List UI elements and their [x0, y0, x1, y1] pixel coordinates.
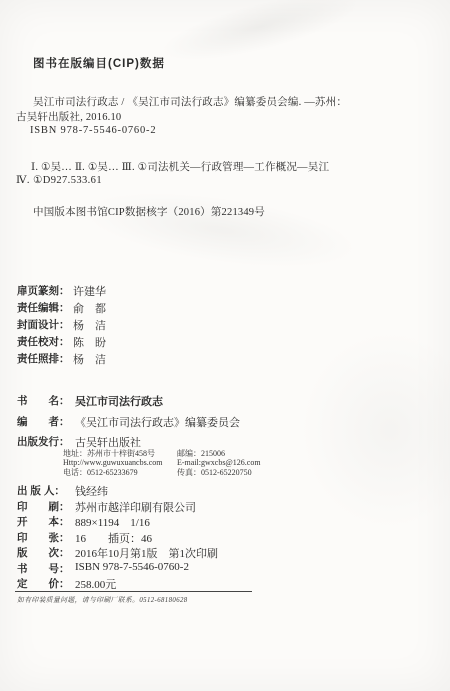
publisher-phone-row: 电话：0512-65233679 传真：0512-65220750 [63, 467, 437, 477]
publisher-details: 地址：苏州市十梓街458号 邮编：215006 Http://www.guwux… [63, 448, 437, 477]
book-copyright-page: 图书在版编目(CIP)数据 吴江市司法行政志 / 《吴江市司法行政志》编纂委员会… [0, 0, 450, 691]
colophon-value: 2016年10月第1版 第1次印刷 [75, 545, 218, 561]
scan-artifact [67, 174, 374, 285]
cip-header: 图书在版编目(CIP)数据 [33, 55, 165, 71]
colophon-value: 苏州市越洋印刷有限公司 [75, 499, 196, 515]
colophon-row-sheets: 印 张： 16 插页：46 [17, 530, 437, 546]
cip-classification-code: Ⅳ. ①D927.533.61 [16, 174, 102, 186]
credit-row: 责任校对： 陈 盼 [17, 334, 106, 351]
credit-value: 许建华 [73, 283, 106, 299]
colophon-row-isbn: 书 号： ISBN 978-7-5546-0760-2 [17, 561, 437, 577]
credit-value: 杨 洁 [73, 317, 106, 333]
colophon-label: 版 次： [17, 545, 75, 560]
colophon-value: 16 插页：46 [75, 530, 152, 546]
publisher-web-row: Http://www.guwuxuancbs.com E-mail:gwxcbs… [63, 458, 437, 468]
cip-title-line: 吴江市司法行政志 / 《吴江市司法行政志》编纂委员会编. —苏州： [33, 94, 347, 109]
credit-row: 责任照排： 杨 洁 [17, 351, 106, 368]
colophon-row-edition: 版 次： 2016年10月第1版 第1次印刷 [17, 545, 437, 561]
publisher-address-row: 地址：苏州市十梓街458号 邮编：215006 [63, 448, 437, 458]
colophon-label: 书 名： [17, 393, 75, 408]
publisher-phone: 电话：0512-65233679 [63, 467, 177, 477]
colophon-row-format: 开 本： 889×1194 1/16 [17, 514, 437, 530]
publisher-website: Http://www.guwuxuancbs.com [63, 458, 177, 468]
cip-classification-line: Ⅰ. ①吴… Ⅱ. ①吴… Ⅲ. ①司法机关—行政管理—工作概况—吴江 [31, 159, 329, 174]
credit-label: 责任照排： [17, 351, 73, 366]
credit-value: 俞 都 [73, 300, 106, 316]
colophon-block: 书 名： 吴江市司法行政志 编 者： 《吴江市司法行政志》编纂委员会 出版发行：… [17, 393, 437, 592]
colophon-row-editor: 编 者： 《吴江市司法行政志》编纂委员会 [17, 414, 437, 435]
colophon-label: 定 价： [17, 576, 75, 591]
credit-label: 扉页篆刻： [17, 283, 73, 298]
cip-record-number: 中国版本图书馆CIP数据核字（2016）第221349号 [33, 204, 265, 219]
colophon-row-printer: 印 刷： 苏州市越洋印刷有限公司 [17, 499, 437, 515]
credit-row: 责任编辑： 俞 都 [17, 300, 106, 317]
cip-isbn-line: ISBN 978-7-5546-0760-2 [30, 125, 156, 136]
publisher-address: 地址：苏州市十梓街458号 [63, 448, 177, 458]
colophon-row-price: 定 价： 258.00元 [17, 576, 437, 592]
colophon-value: 钱经纬 [75, 483, 108, 499]
credit-label: 责任编辑： [17, 300, 73, 315]
colophon-label: 印 刷： [17, 499, 75, 514]
credits-block: 扉页篆刻： 许建华 责任编辑： 俞 都 封面设计： 杨 洁 责任校对： 陈 盼 … [17, 283, 106, 368]
credit-row: 封面设计： 杨 洁 [17, 317, 106, 334]
colophon-label: 编 者： [17, 414, 75, 429]
colophon-row-publisher: 出版发行： 古吴轩出版社 [17, 434, 437, 448]
colophon-label: 印 张： [17, 530, 75, 545]
colophon-label: 开 本： [17, 514, 75, 529]
colophon-row-publisher-person: 出 版 人： 钱经纬 [17, 483, 437, 499]
scan-artifact [147, 0, 373, 78]
publisher-postcode: 邮编：215006 [177, 448, 225, 458]
colophon-row-book-title: 书 名： 吴江市司法行政志 [17, 393, 437, 414]
colophon-value: ISBN 978-7-5546-0760-2 [75, 561, 189, 573]
colophon-value: 吴江市司法行政志 [75, 393, 163, 409]
credit-value: 陈 盼 [73, 334, 106, 350]
colophon-label: 出 版 人： [17, 483, 75, 498]
colophon-label: 出版发行： [17, 434, 75, 449]
credit-value: 杨 洁 [73, 351, 106, 367]
print-quality-note: 如有印装质量问题，请与印刷厂联系。0512-68180628 [17, 594, 188, 604]
colophon-value: 《吴江市司法行政志》编纂委员会 [75, 414, 240, 430]
credit-row: 扉页篆刻： 许建华 [17, 283, 106, 300]
cip-publisher-line: 古吴轩出版社, 2016.10 [16, 109, 121, 124]
footer-divider [15, 591, 252, 592]
colophon-value: 258.00元 [75, 576, 116, 592]
publisher-fax: 传真：0512-65220750 [177, 467, 252, 477]
credit-label: 封面设计： [17, 317, 73, 332]
credit-label: 责任校对： [17, 334, 73, 349]
publisher-email: E-mail:gwxcbs@126.com [177, 458, 261, 468]
colophon-value: 889×1194 1/16 [75, 514, 150, 530]
colophon-label: 书 号： [17, 561, 75, 576]
